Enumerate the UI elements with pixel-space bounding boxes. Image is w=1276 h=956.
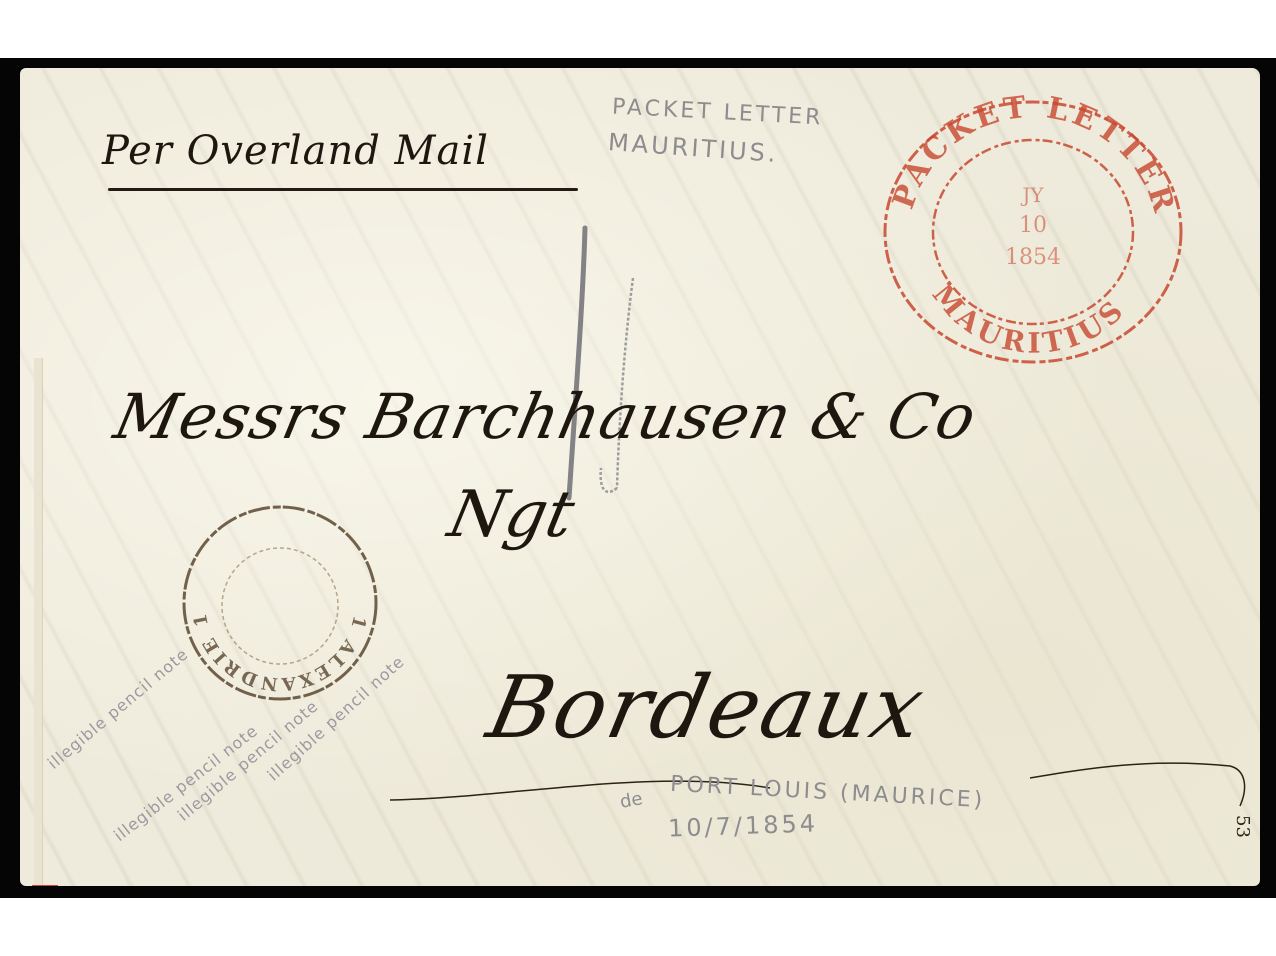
svg-text:1 ALEXANDRIE 1: 1 ALEXANDRIE 1 bbox=[189, 609, 370, 694]
endorsement-text: Per Overland Mail bbox=[102, 128, 489, 174]
pencil-note-packet-letter: PACKET LETTER bbox=[611, 94, 824, 130]
svg-text:1854: 1854 bbox=[1005, 245, 1061, 270]
black-transit-postmark: 1 ALEXANDRIE 1 bbox=[175, 498, 385, 708]
pencil-note-left-2: illegible pencil note bbox=[110, 721, 261, 845]
edge-manuscript-mark: 53 bbox=[1232, 815, 1253, 838]
manuscript-tax-mark bbox=[555, 218, 645, 508]
pencil-note-left-1: illegible pencil note bbox=[44, 644, 192, 773]
pencil-note-date: 10/7/1854 bbox=[668, 809, 819, 842]
svg-text:JY: JY bbox=[1020, 183, 1044, 207]
endorsement-underline bbox=[108, 188, 578, 191]
pencil-note-de: de bbox=[618, 788, 644, 813]
address-line-addressee: Messrs Barchhausen & Co bbox=[108, 380, 983, 453]
svg-text:10: 10 bbox=[1019, 213, 1047, 238]
letter-cover: Per Overland Mail PACKET LETTER MAURITIU… bbox=[20, 68, 1260, 886]
red-packet-letter-postmark: PACKET LETTER MAURITIUS JY 10 1854 bbox=[868, 82, 1198, 372]
folded-flap-edge bbox=[34, 358, 43, 886]
address-line-ngt: Ngt bbox=[442, 478, 580, 552]
pencil-note-mauritius: MAURITIUS. bbox=[607, 128, 779, 168]
